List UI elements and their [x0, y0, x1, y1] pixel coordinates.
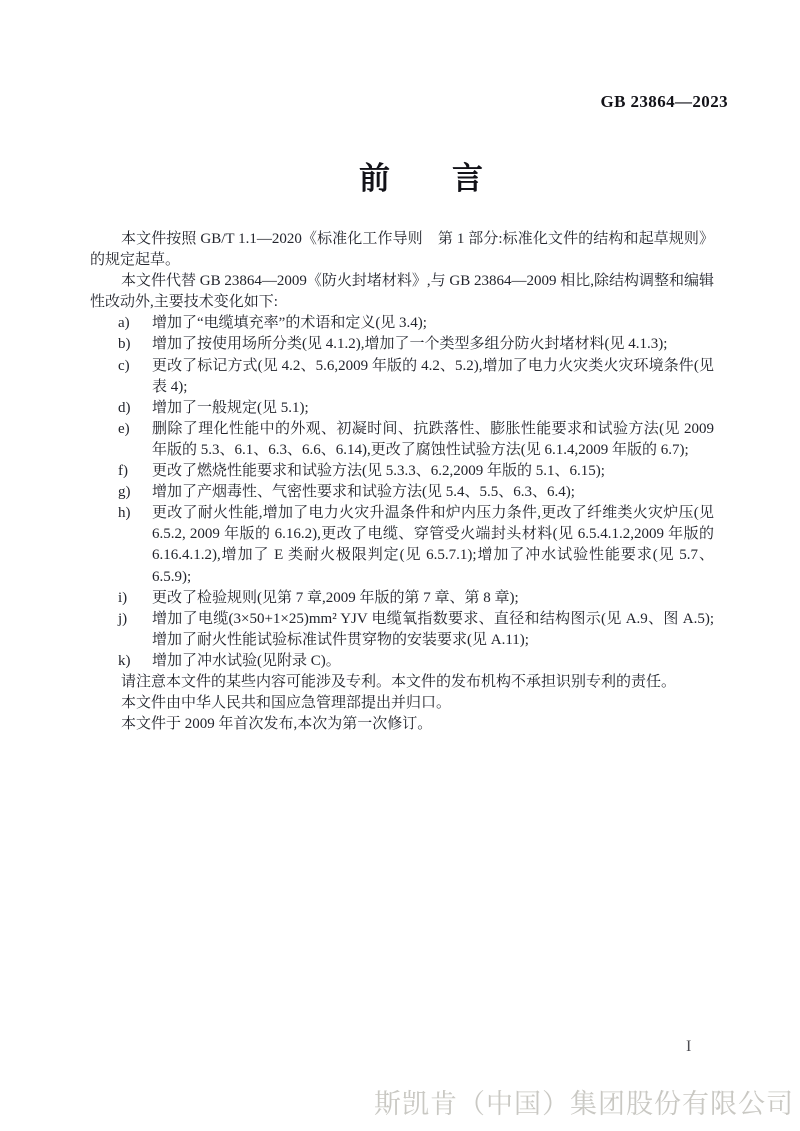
change-item-label: a)	[118, 313, 130, 334]
change-item-label: g)	[118, 482, 131, 503]
change-item-label: h)	[118, 503, 131, 524]
change-item-text: 增加了冲水试验(见附录 C)。	[152, 653, 341, 669]
standard-number: GB 23864—2023	[600, 92, 728, 112]
change-item-text: 增加了产烟毒性、气密性要求和试验方法(见 5.4、5.5、6.3、6.4);	[152, 484, 575, 500]
change-item-text: 增加了“电缆填充率”的术语和定义(见 3.4);	[152, 315, 427, 331]
change-item-label: b)	[118, 334, 131, 355]
change-item-text: 增加了按使用场所分类(见 4.1.2),增加了一个类型多组分防火封堵材料(见 4…	[152, 336, 667, 352]
change-item-text: 增加了一般规定(见 5.1);	[152, 400, 309, 416]
change-item: f)更改了燃烧性能要求和试验方法(见 5.3.3、6.2,2009 年版的 5.…	[90, 461, 714, 482]
closing-paragraph-issuer: 本文件由中华人民共和国应急管理部提出并归口。	[90, 693, 714, 714]
change-item-text: 删除了理化性能中的外观、初凝时间、抗跌落性、膨胀性能要求和试验方法(见 2009…	[152, 421, 714, 458]
change-item-label: j)	[118, 609, 127, 630]
change-item-label: f)	[118, 461, 128, 482]
change-item: a)增加了“电缆填充率”的术语和定义(见 3.4);	[90, 313, 714, 334]
change-item-label: e)	[118, 419, 130, 440]
change-item: j)增加了电缆(3×50+1×25)mm² YJV 电缆氧指数要求、直径和结构图…	[90, 609, 714, 651]
change-list: a)增加了“电缆填充率”的术语和定义(见 3.4);b)增加了按使用场所分类(见…	[90, 313, 714, 672]
page-title: 前 言	[21, 153, 800, 198]
change-item: h)更改了耐火性能,增加了电力火灾升温条件和炉内压力条件,更改了纤维类火灾炉压(…	[90, 503, 714, 587]
foreword-content: 本文件按照 GB/T 1.1—2020《标准化工作导则 第 1 部分:标准化文件…	[90, 229, 714, 735]
document-page: GB 23864—2023 前 言 本文件按照 GB/T 1.1—2020《标准…	[0, 0, 800, 1131]
change-item: k)增加了冲水试验(见附录 C)。	[90, 651, 714, 672]
change-item-text: 更改了检验规则(见第 7 章,2009 年版的第 7 章、第 8 章);	[152, 590, 519, 606]
closing-paragraph-patent: 请注意本文件的某些内容可能涉及专利。本文件的发布机构不承担识别专利的责任。	[90, 672, 714, 693]
change-item-label: d)	[118, 398, 131, 419]
change-item: d)增加了一般规定(见 5.1);	[90, 398, 714, 419]
change-item-text: 更改了标记方式(见 4.2、5.6,2009 年版的 4.2、5.2),增加了电…	[152, 358, 714, 395]
change-item: i)更改了检验规则(见第 7 章,2009 年版的第 7 章、第 8 章);	[90, 588, 714, 609]
foreword-paragraph-2: 本文件代替 GB 23864—2009《防火封堵材料》,与 GB 23864—2…	[90, 271, 714, 313]
watermark-text: 斯凯肯（中国）集团股份有限公司	[374, 1082, 794, 1121]
change-item-text: 更改了燃烧性能要求和试验方法(见 5.3.3、6.2,2009 年版的 5.1、…	[152, 463, 605, 479]
change-item-label: c)	[118, 356, 130, 377]
foreword-paragraph-1: 本文件按照 GB/T 1.1—2020《标准化工作导则 第 1 部分:标准化文件…	[90, 229, 714, 271]
change-item-text: 增加了电缆(3×50+1×25)mm² YJV 电缆氧指数要求、直径和结构图示(…	[152, 611, 714, 648]
change-item: b)增加了按使用场所分类(见 4.1.2),增加了一个类型多组分防火封堵材料(见…	[90, 334, 714, 355]
change-item-label: k)	[118, 651, 131, 672]
change-item: c)更改了标记方式(见 4.2、5.6,2009 年版的 4.2、5.2),增加…	[90, 356, 714, 398]
closing-paragraph-history: 本文件于 2009 年首次发布,本次为第一次修订。	[90, 714, 714, 735]
change-item-text: 更改了耐火性能,增加了电力火灾升温条件和炉内压力条件,更改了纤维类火灾炉压(见 …	[152, 505, 714, 584]
change-item-label: i)	[118, 588, 127, 609]
change-item: e)删除了理化性能中的外观、初凝时间、抗跌落性、膨胀性能要求和试验方法(见 20…	[90, 419, 714, 461]
page-number: I	[686, 1038, 691, 1056]
change-item: g)增加了产烟毒性、气密性要求和试验方法(见 5.4、5.5、6.3、6.4);	[90, 482, 714, 503]
